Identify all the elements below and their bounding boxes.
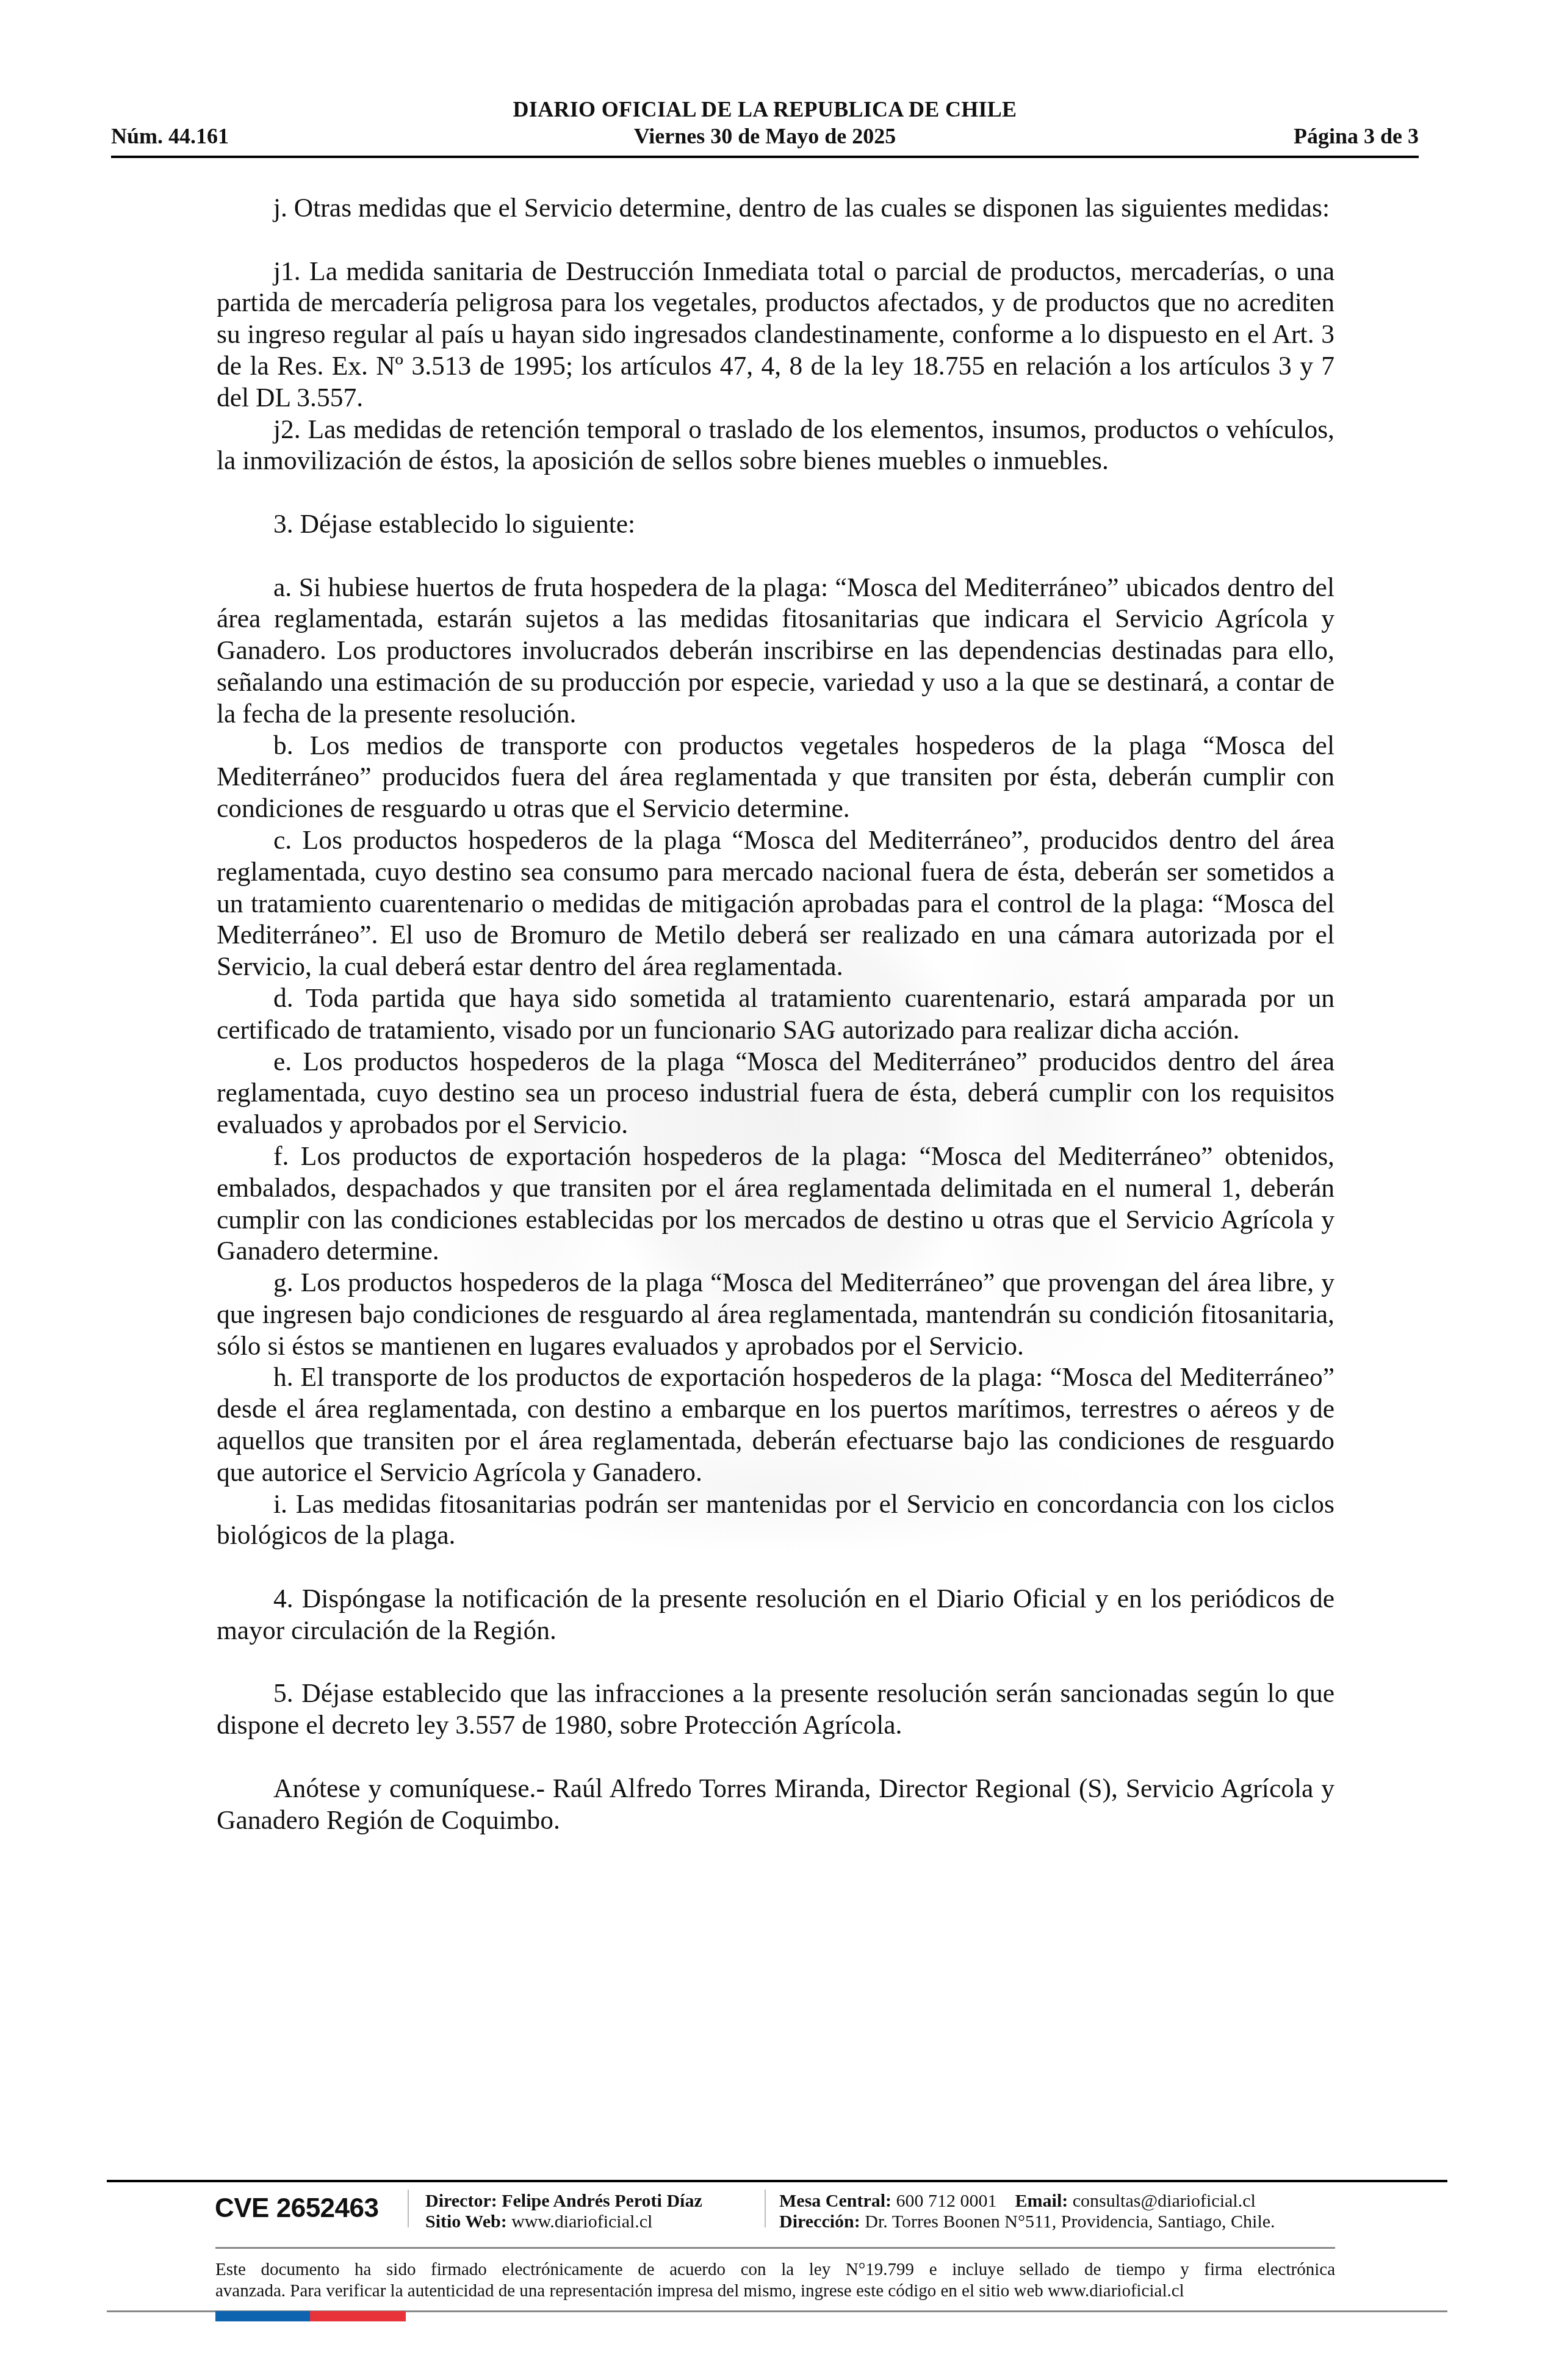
signature-notice-line-2: avanzada. Para verificar la autenticidad… bbox=[215, 2281, 1335, 2302]
document-body: j. Otras medidas que el Servicio determi… bbox=[217, 193, 1334, 1836]
director-name: Felipe Andrés Peroti Díaz bbox=[502, 2191, 702, 2211]
signature-notice-line-1: Este documento ha sido firmado electróni… bbox=[215, 2259, 1335, 2281]
flag-stripe-red bbox=[310, 2311, 406, 2321]
paragraph-j2: j2. Las medidas de retención temporal o … bbox=[217, 414, 1334, 478]
website-line: Sitio Web: www.diarioficial.cl bbox=[425, 2212, 702, 2232]
website-link[interactable]: www.diarioficial.cl bbox=[511, 2212, 652, 2232]
paragraph-c: c. Los productos hospederos de la plaga … bbox=[217, 825, 1334, 983]
footer-director-info: Director: Felipe Andrés Peroti Díaz Siti… bbox=[425, 2191, 702, 2232]
phone-number: 600 712 0001 bbox=[896, 2191, 997, 2211]
footer-separator bbox=[408, 2190, 409, 2227]
paragraph-j: j. Otras medidas que el Servicio determi… bbox=[217, 193, 1334, 225]
address-value: Dr. Torres Boonen N°511, Providencia, Sa… bbox=[865, 2212, 1275, 2232]
phone-label: Mesa Central: bbox=[779, 2191, 891, 2211]
footer-contact-info: Mesa Central: 600 712 0001 Email: consul… bbox=[779, 2191, 1275, 2232]
address-line: Dirección: Dr. Torres Boonen N°511, Prov… bbox=[779, 2212, 1275, 2232]
page-header: DIARIO OFICIAL DE LA REPUBLICA DE CHILE … bbox=[111, 92, 1419, 160]
paragraph-j1: j1. La medida sanitaria de Destrucción I… bbox=[217, 256, 1334, 414]
paragraph-b: b. Los medios de transporte con producto… bbox=[217, 730, 1334, 825]
email-label: Email: bbox=[1015, 2191, 1068, 2211]
paragraph-e: e. Los productos hospederos de la plaga … bbox=[217, 1047, 1334, 1141]
paragraph-4: 4. Dispóngase la notificación de la pres… bbox=[217, 1584, 1334, 1647]
contact-line: Mesa Central: 600 712 0001 Email: consul… bbox=[779, 2191, 1275, 2212]
paragraph-3: 3. Déjase establecido lo siguiente: bbox=[217, 509, 1334, 541]
paragraph-5: 5. Déjase establecido que las infraccion… bbox=[217, 1678, 1334, 1742]
signature-notice: Este documento ha sido firmado electróni… bbox=[215, 2259, 1335, 2302]
email-link[interactable]: consultas@diarioficial.cl bbox=[1073, 2191, 1256, 2211]
signature-paragraph: Anótese y comuníquese.- Raúl Alfredo Tor… bbox=[217, 1773, 1334, 1837]
paragraph-h: h. El transporte de los productos de exp… bbox=[217, 1362, 1334, 1488]
director-label: Director: bbox=[425, 2191, 497, 2211]
footer-top-divider bbox=[107, 2180, 1447, 2182]
issue-date: Viernes 30 de Mayo de 2025 bbox=[111, 123, 1419, 149]
website-label: Sitio Web: bbox=[425, 2212, 507, 2232]
paragraph-f: f. Los productos de exportación hospeder… bbox=[217, 1141, 1334, 1268]
paragraph-g: g. Los productos hospederos de la plaga … bbox=[217, 1268, 1334, 1362]
flag-stripe-blue bbox=[215, 2311, 310, 2321]
paragraph-d: d. Toda partida que haya sido sometida a… bbox=[217, 983, 1334, 1047]
paragraph-a: a. Si hubiese huertos de fruta hospedera… bbox=[217, 572, 1334, 730]
footer-separator bbox=[765, 2190, 766, 2227]
page-indicator: Página 3 de 3 bbox=[1294, 123, 1419, 149]
address-label: Dirección: bbox=[779, 2212, 860, 2232]
newspaper-title: DIARIO OFICIAL DE LA REPUBLICA DE CHILE bbox=[111, 96, 1419, 122]
footer-mid-divider bbox=[215, 2247, 1335, 2249]
header-divider bbox=[111, 156, 1419, 158]
cve-code: CVE 2652463 bbox=[215, 2193, 379, 2224]
director-line: Director: Felipe Andrés Peroti Díaz bbox=[425, 2191, 702, 2212]
paragraph-i: i. Las medidas fitosanitarias podrán ser… bbox=[217, 1489, 1334, 1552]
